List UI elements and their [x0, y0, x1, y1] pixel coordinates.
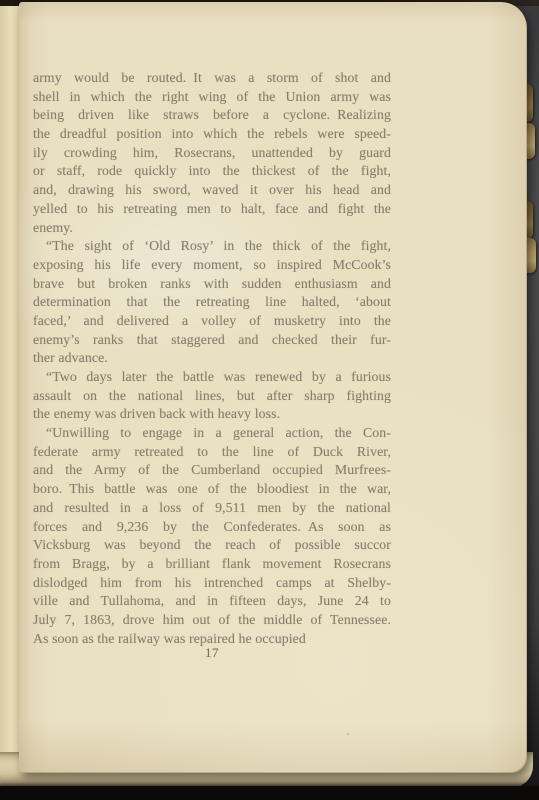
paragraph: “Two days later the battle was renewed b…	[33, 368, 391, 424]
page-number: 17	[33, 643, 391, 662]
text-line: army would be routed. It was a storm of …	[33, 69, 391, 88]
text-line: assault on the national lines, but after…	[33, 387, 391, 406]
text-line: shell in which the right wing of the Uni…	[33, 88, 391, 107]
text-line: ville and Tullahoma, and in fifteen days…	[33, 592, 391, 611]
text-line: and, drawing his sword, waved it over hi…	[33, 181, 391, 200]
text-line: the dreadful position into which the reb…	[33, 125, 391, 144]
page-text: army would be routed. It was a storm of …	[33, 69, 391, 648]
text-line: “Two days later the battle was renewed b…	[33, 368, 391, 387]
text-line: from Bragg, by a brilliant flank movemen…	[33, 555, 391, 574]
paragraph: army would be routed. It was a storm of …	[33, 69, 391, 237]
paragraph: “Unwilling to engage in a general action…	[33, 424, 391, 648]
text-line: July 7, 1863, drove him out of the middl…	[33, 611, 391, 630]
text-line: dislodged him from his intrenched camps …	[33, 574, 391, 593]
text-line: boro. This battle was one of the bloodie…	[33, 480, 391, 499]
paragraph: “The sight of ‘Old Rosy’ in the thick of…	[33, 237, 391, 368]
text-line: being driven like straws before a cyclon…	[33, 106, 391, 125]
book-page: army would be routed. It was a storm of …	[19, 2, 527, 773]
text-line: “Unwilling to engage in a general action…	[33, 424, 391, 443]
text-line: faced,’ and delivered a volley of musket…	[33, 312, 391, 331]
text-line: exposing his life every moment, so inspi…	[33, 256, 391, 275]
text-line: ily crowding him, Rosecrans, unattended …	[33, 144, 391, 163]
text-line: enemy.	[33, 219, 391, 238]
book-photo: army would be routed. It was a storm of …	[0, 0, 539, 800]
text-line: federate army retreated to the line of D…	[33, 443, 391, 462]
text-line: or staff, rode quickly into the thickest…	[33, 162, 391, 181]
text-line: “The sight of ‘Old Rosy’ in the thick of…	[33, 237, 391, 256]
text-line: yelled to his retreating men to halt, fa…	[33, 200, 391, 219]
text-line: brave but broken ranks with sudden enthu…	[33, 275, 391, 294]
text-line: and the Army of the Cumberland occupied …	[33, 461, 391, 480]
text-line: enemy’s ranks that staggered and checked…	[33, 331, 391, 350]
text-line: Vicksburg was beyond the reach of possib…	[33, 536, 391, 555]
text-line: and resulted in a loss of 9,511 men by t…	[33, 499, 391, 518]
text-line: ther advance.	[33, 349, 391, 368]
backdrop-bottom-strip	[0, 786, 539, 800]
text-line: the enemy was driven back with heavy los…	[33, 405, 391, 424]
text-line: forces and 9,236 by the Confederates. As…	[33, 518, 391, 537]
text-line: determination that the retreating line h…	[33, 293, 391, 312]
